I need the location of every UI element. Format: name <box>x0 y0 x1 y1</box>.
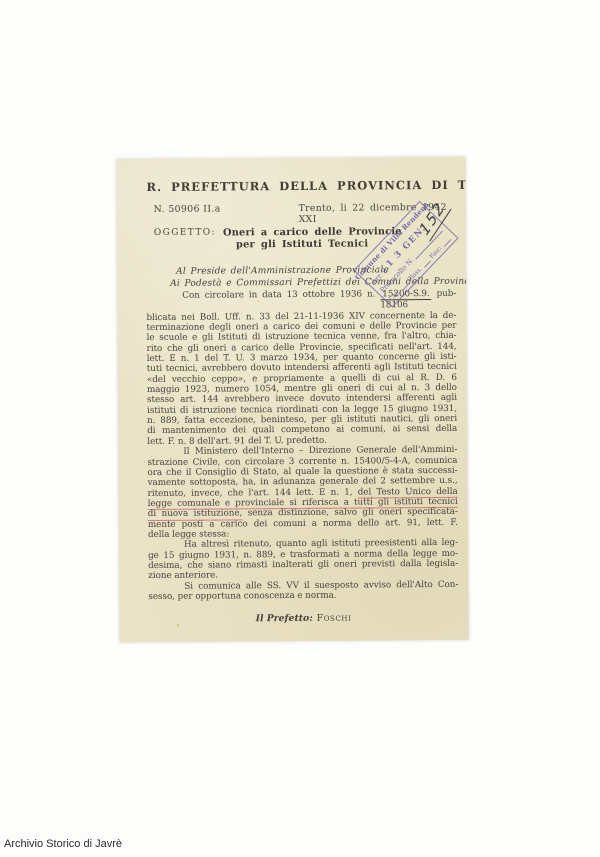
stamp-blank-line <box>424 260 432 268</box>
letter-body: Con circolare in data 13 ottobre 1936 n.… <box>146 289 458 626</box>
paper-speck <box>307 560 309 562</box>
line-text: zione anteriore. <box>148 571 218 581</box>
signature-title: Il Prefetto: <box>256 613 313 624</box>
letterhead: R. PREFETTURA DELLA PROVINCIA DI TRENTO <box>146 178 456 194</box>
subject-label: OGGETTO: <box>154 228 216 238</box>
body-lines: blicata nei Boll. Uff. n. 33 del 21-11-1… <box>146 311 458 603</box>
opening-text: Con circolare in data 13 ottobre 1936 n. <box>182 289 375 300</box>
signature-line: Il Prefetto:Foschi <box>149 613 459 626</box>
opening-text-after: pub- <box>437 289 457 299</box>
paper-speck <box>177 624 180 627</box>
paper-speck <box>438 389 440 391</box>
line-text: della legge stessa: <box>148 529 229 540</box>
body-line: sesso, per opportuna conoscenza e norma. <box>148 590 458 603</box>
body-line-opening: Con circolare in data 13 ottobre 1936 n.… <box>146 289 456 313</box>
line-text: mente posti a carico dei comuni a norma … <box>148 517 458 529</box>
subject-line: Oneri a carico delle Provincie <box>223 226 402 239</box>
archive-caption: Archivio Storico di Javrè <box>4 838 122 850</box>
signature-name: Foschi <box>317 613 352 624</box>
line-text: sesso, per opportuna conoscenza e norma. <box>148 591 336 602</box>
paper-speck <box>257 300 259 302</box>
line-text: desima, che siano rimasti inalterati gli… <box>148 559 458 571</box>
stamp-fasc-label: Fasc. <box>428 244 444 260</box>
stamp-blank-line <box>444 239 452 247</box>
scan-background: R. PREFETTURA DELLA PROVINCIA DI TRENTO … <box>0 0 600 857</box>
line-text: di mantenimento dei quali competono ai c… <box>147 424 457 436</box>
document-page: R. PREFETTURA DELLA PROVINCIA DI TRENTO … <box>116 157 468 642</box>
body-line: mente posti a carico dei comuni a norma … <box>148 517 458 530</box>
stamp-blank-line <box>402 284 410 292</box>
paper-speck <box>371 495 373 497</box>
paper-speck <box>213 187 215 189</box>
addressee-line: Ai Podestà e Commissari Prefettizi dei C… <box>170 276 469 290</box>
subject-block: OGGETTO: Oneri a carico delle Provincie … <box>154 226 402 251</box>
protocol-number: N. 50906 II.a <box>154 203 221 214</box>
line-text: Si comunica alle SS. VV il suesposto avv… <box>184 579 458 591</box>
